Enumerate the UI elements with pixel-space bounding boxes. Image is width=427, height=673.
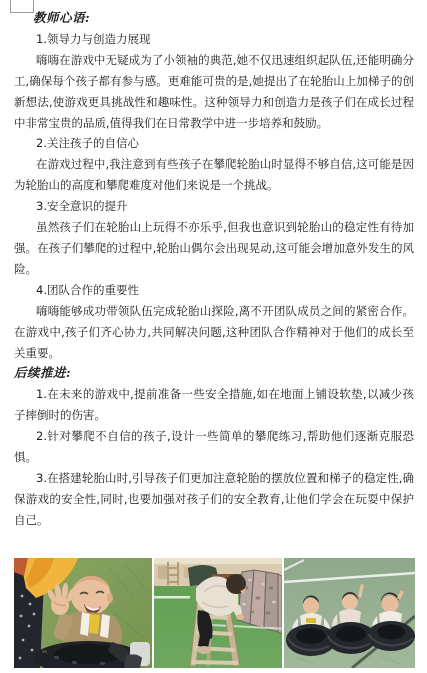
note-4-body: 嗨嗨能够成功带领队伍完成轮胎山探险,离不开团队成员之间的紧密合作。在游戏中,孩子…	[14, 301, 414, 364]
document-body: 教师心语: 1.领导力与创造力展现 嗨嗨在游戏中无疑成为了小领袖的典范,她不仅迅…	[14, 8, 414, 531]
follow-up-2: 2.针对攀爬不自信的孩子,设计一些简单的攀爬练习,帮助他们逐渐克服恐惧。	[14, 426, 414, 468]
document-page: 教师心语: 1.领导力与创造力展现 嗨嗨在游戏中无疑成为了小领袖的典范,她不仅迅…	[0, 0, 427, 673]
note-2-body: 在游戏过程中,我注意到有些孩子在攀爬轮胎山时显得不够自信,这可能是因为轮胎山的高…	[14, 154, 414, 196]
photo-children-in-tires	[284, 558, 415, 668]
shoe-shape	[124, 654, 142, 668]
note-3-body: 虽然孩子们在轮胎山上玩得不亦乐乎,但我也意识到轮胎山的稳定性有待加强。在孩子们攀…	[14, 217, 414, 280]
photo-strip	[14, 558, 415, 668]
photo-child-waving	[14, 558, 152, 668]
follow-up-header: 后续推进:	[14, 363, 414, 384]
teacher-notes-header: 教师心语:	[14, 8, 414, 29]
photo-child-waving-art	[14, 558, 152, 668]
note-1-title: 1.领导力与创造力展现	[14, 29, 414, 50]
photo-child-climbing	[154, 558, 282, 668]
note-3-title: 3.安全意识的提升	[14, 196, 414, 217]
photo-children-in-tires-art	[284, 558, 415, 668]
note-4-title: 4.团队合作的重要性	[14, 280, 414, 301]
photo-child-climbing-art	[154, 558, 282, 668]
follow-up-1: 1.在未来的游戏中,提前准备一些安全措施,如在地面上铺设软垫,以减少孩子摔倒时的…	[14, 384, 414, 426]
note-2-title: 2.关注孩子的自信心	[14, 133, 414, 154]
follow-up-3: 3.在搭建轮胎山时,引导孩子们更加注意轮胎的摆放位置和梯子的稳定性,确保游戏的安…	[14, 468, 414, 531]
note-1-body: 嗨嗨在游戏中无疑成为了小领袖的典范,她不仅迅速组织起队伍,还能明确分工,确保每个…	[14, 50, 414, 134]
